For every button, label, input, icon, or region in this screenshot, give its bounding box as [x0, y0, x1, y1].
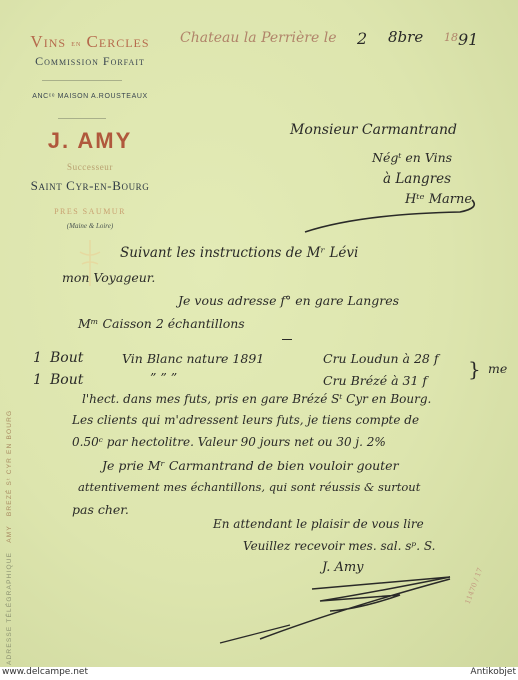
footer-seller: Antikobjet: [470, 667, 516, 677]
date-year-prefix: 18: [444, 31, 458, 44]
letterhead-commission: Commission Forfait: [0, 54, 180, 69]
trade-hoops: Cercles: [87, 32, 150, 51]
item-cru-price: Cru Brézé à 31 f: [323, 373, 427, 388]
telegraphic-label: ADRESSE TÉLÉGRAPHIQUE: [6, 552, 13, 665]
letterhead-town: Saint Cyr-en-Bourg: [0, 178, 180, 194]
letterhead-near: PRES SAUMUR: [0, 207, 180, 216]
letterhead-company: J. AMY: [0, 128, 180, 154]
body-p2-line1: Je vous adresse f° en gare Langres: [178, 293, 399, 308]
items-bracket-note: me: [488, 361, 507, 376]
trade-wines: Vins: [30, 32, 66, 51]
item-unit: Bout: [50, 350, 83, 366]
pencil-note: 11470 / 17: [464, 567, 485, 605]
items-bracket: }: [468, 357, 481, 381]
divider: [58, 118, 106, 119]
item-unit: Bout: [50, 372, 83, 388]
body-p1-line2: mon Voyageur.: [62, 270, 155, 285]
item-desc: Vin Blanc nature 1891: [122, 351, 264, 366]
address-flourish-icon: [300, 196, 480, 236]
footer-site-link[interactable]: www.delcampe.net: [2, 667, 88, 677]
body-p1-line1: Suivant les instructions de Mʳ Lévi: [120, 245, 358, 261]
closing-line1: En attendant le plaisir de vous lire: [213, 517, 424, 531]
signature-flourish-icon: [200, 565, 460, 645]
letterhead-department: (Maine & Loire): [0, 222, 180, 230]
trade-connector: en: [71, 38, 81, 48]
telegraphic-address: ADRESSE TÉLÉGRAPHIQUE AMY BREZÉ Sᵗ CYR E…: [6, 410, 13, 665]
telegraphic-name: AMY: [6, 525, 13, 543]
body-p4-line1: Je prie Mʳ Carmantrand de bien vouloir g…: [102, 458, 399, 473]
letterhead-former-house: ANCᶜᵉ MAISON A.ROUSTEAUX: [0, 93, 180, 100]
item-qty: 1: [33, 372, 42, 388]
letterhead-successor: Successeur: [0, 162, 180, 172]
body-p3-line3: 0.50ᶜ par hectolitre. Valeur 90 jours ne…: [72, 435, 386, 449]
letterhead-trade: Vins en Cercles: [0, 32, 180, 52]
recipient-name: Monsieur Carmantrand: [290, 122, 457, 138]
date-day: 2: [357, 29, 367, 48]
footer-bar: www.delcampe.net Antikobjet: [0, 667, 518, 680]
body-p4-line2: attentivement mes échantillons, qui sont…: [78, 480, 420, 494]
item-desc: ” ” ”: [150, 370, 177, 385]
body-p3-line2: Les clients qui m'adressent leurs futs, …: [72, 413, 419, 427]
item-qty: 1: [33, 350, 42, 366]
closing-line2: Veuillez recevoir mes. sal. sᵖ. S.: [243, 539, 435, 553]
divider: [282, 339, 292, 340]
telegraphic-place: BREZÉ Sᵗ CYR EN BOURG: [6, 410, 13, 516]
recipient-city: à Langres: [383, 171, 451, 187]
body-p3-line1: l'hect. dans mes futs, pris en gare Bréz…: [82, 392, 431, 406]
divider: [42, 80, 122, 81]
letter-paper: Vins en Cercles Commission Forfait ANCᶜᵉ…: [0, 0, 518, 667]
item-cru-price: Cru Loudun à 28 f: [323, 351, 438, 366]
body-p2-line2: Mᵐ Caisson 2 échantillons: [78, 316, 245, 331]
date-place: Chateau la Perrière le: [180, 30, 337, 46]
body-p4-line3: pas cher.: [72, 502, 129, 517]
date-year-suffix: 91: [458, 30, 478, 49]
recipient-trade: Négᵗ en Vins: [372, 150, 452, 165]
date-month: 8bre: [388, 28, 423, 46]
